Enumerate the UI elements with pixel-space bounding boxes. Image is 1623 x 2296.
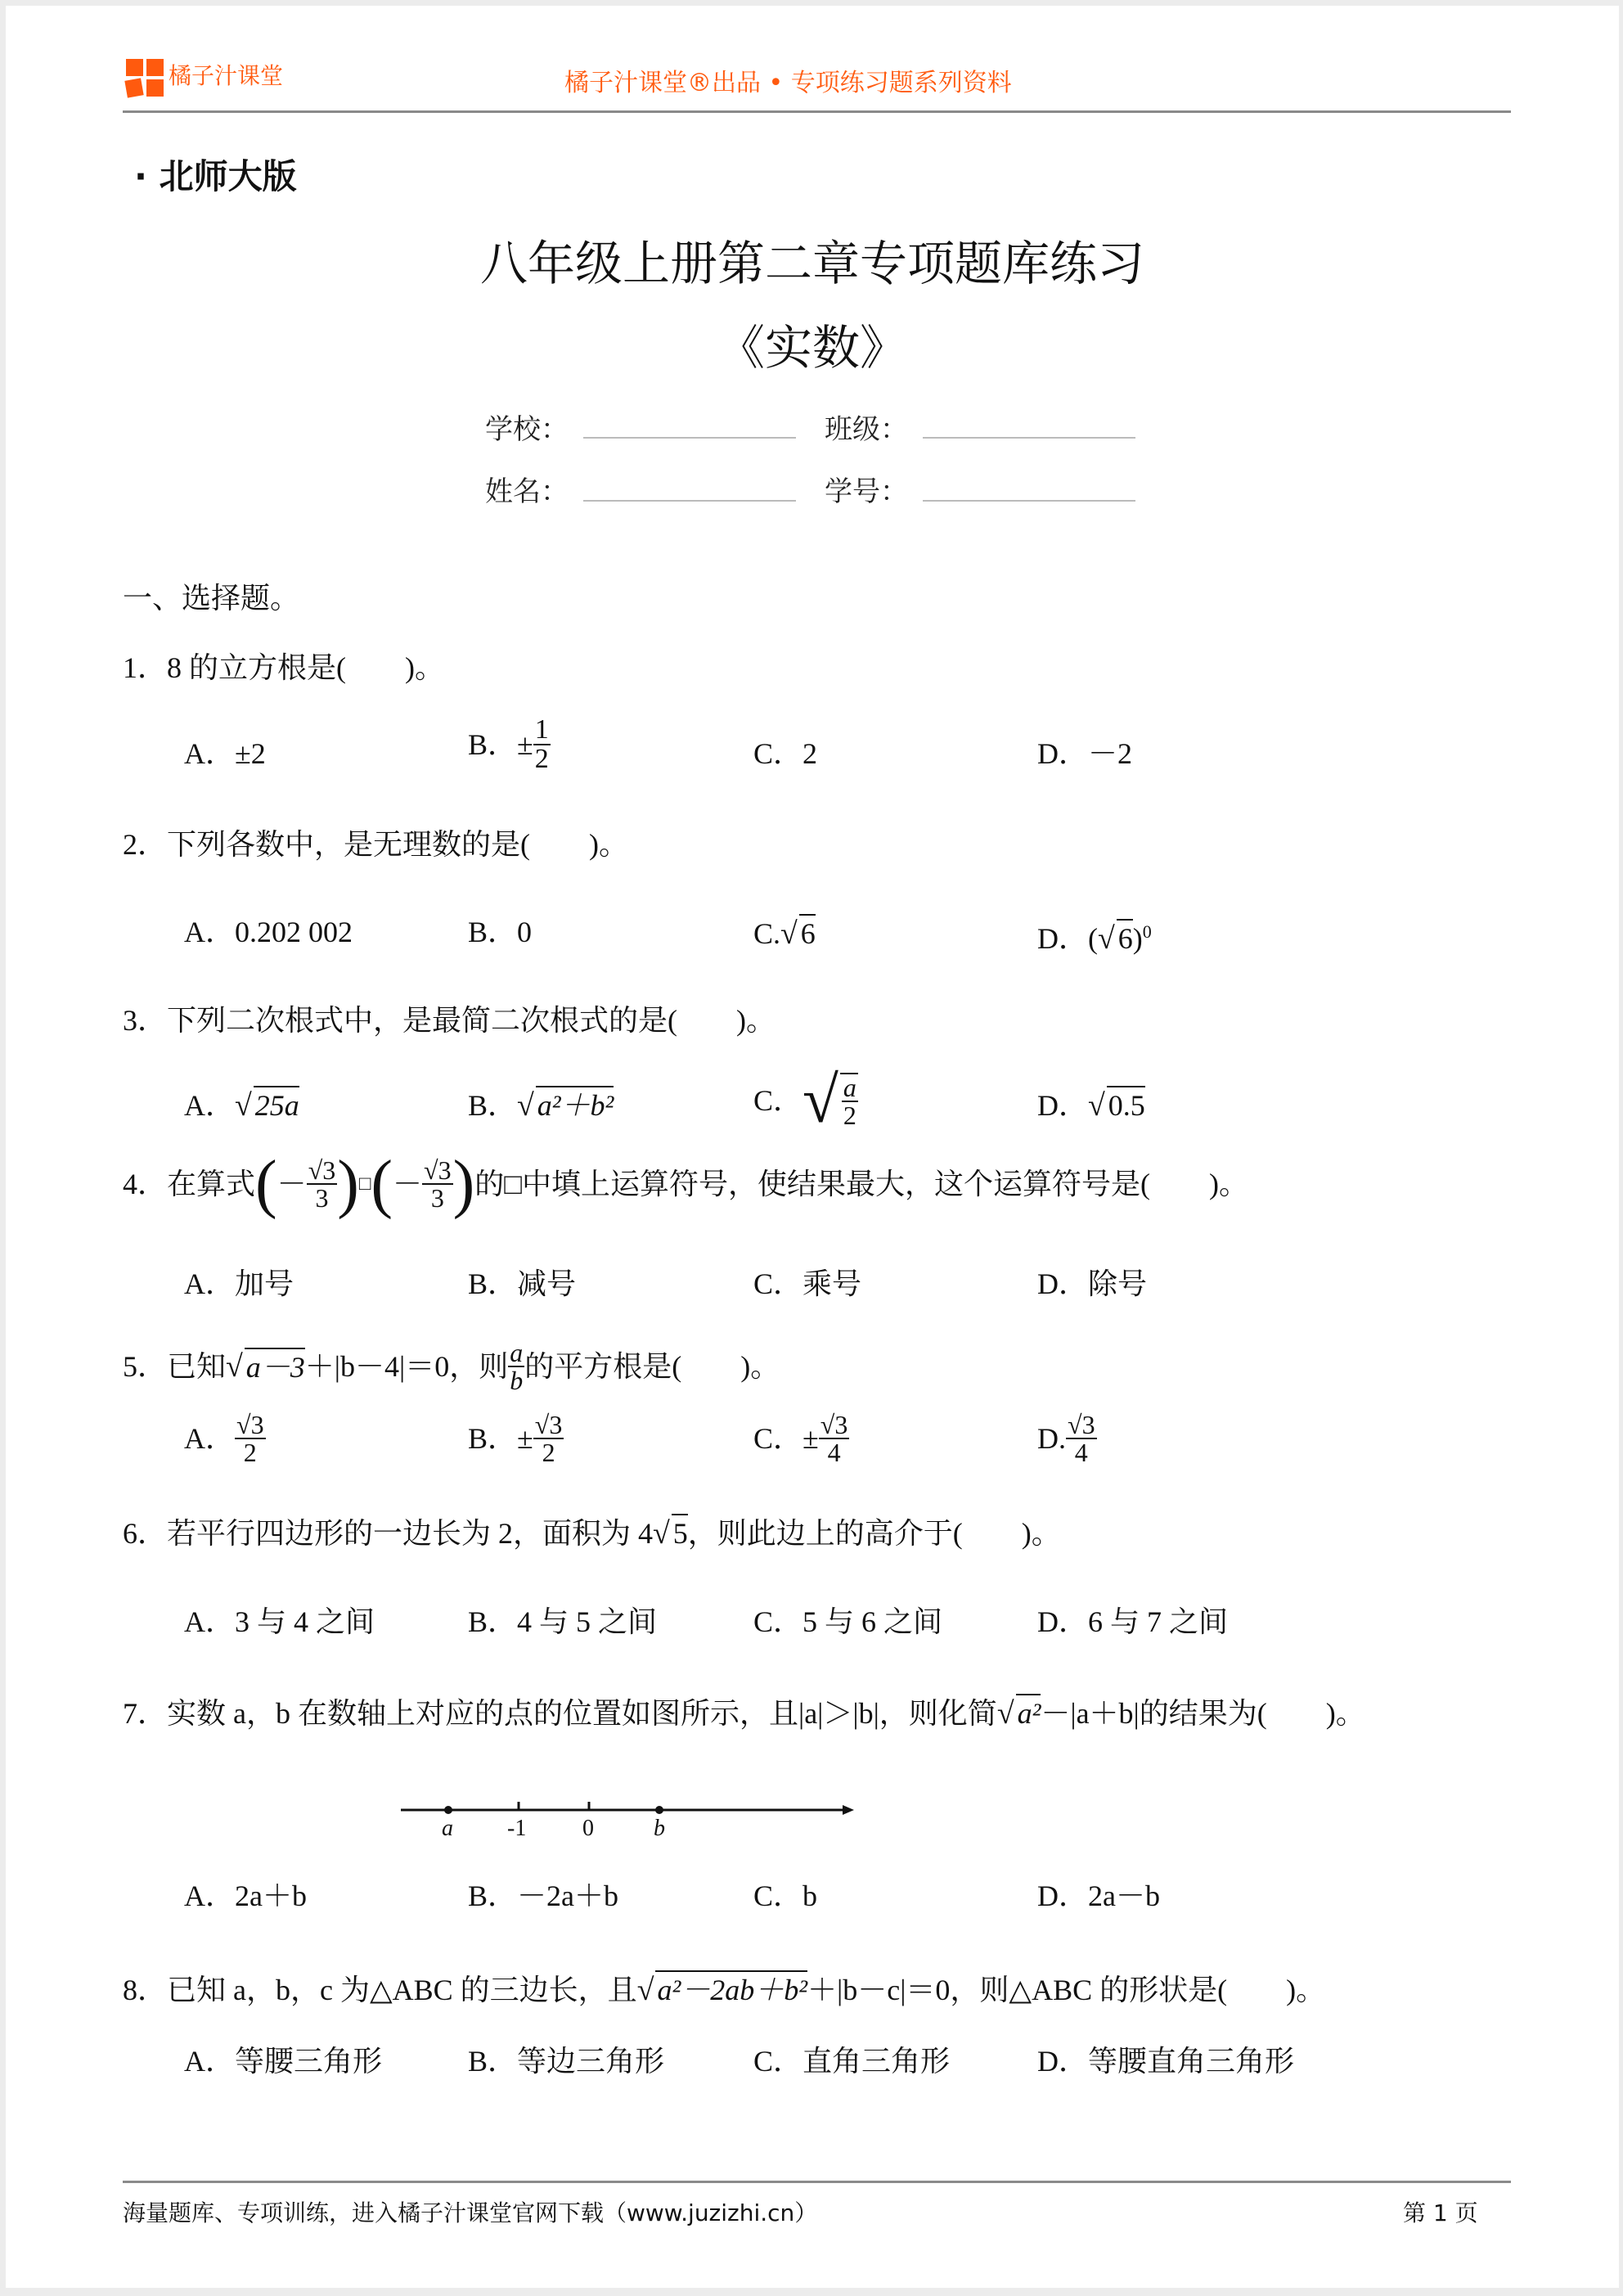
fraction: √33 (307, 1157, 338, 1211)
q1-option-a[interactable]: A．±2 (184, 736, 266, 772)
student-id-label: 学号： (825, 469, 908, 509)
q1-option-b[interactable]: B．±12 (468, 716, 551, 773)
q2-option-a[interactable]: A．0.202 002 (184, 914, 353, 950)
q3-option-a[interactable]: A．√25a (184, 1086, 299, 1123)
header-tagline: 橘子汁课堂®出品 • 专项练习题系列资料 (564, 68, 1012, 99)
question-1: 1．8 的立方根是( )。 (123, 650, 444, 686)
page-number: 第 1 页 (1403, 2199, 1478, 2228)
q5-option-c[interactable]: C．±√34 (753, 1411, 849, 1465)
sqrt-icon: √ (1098, 921, 1115, 956)
question-stem: 在算式 (167, 1168, 255, 1200)
fraction: a2 (840, 1073, 858, 1128)
question-8: 8．已知 a，b，c 为△ABC 的三边长，且√a²－2ab＋b²＋|b－c|＝… (123, 1970, 1325, 2008)
question-number: 3． (123, 1004, 167, 1037)
q4-option-d[interactable]: D．除号 (1037, 1266, 1147, 1302)
footer-text: 海量题库、专项训练，进入橘子汁课堂官网下载（www.juzizhi.cn） (123, 2199, 817, 2228)
q6-option-d[interactable]: D．6 与 7 之间 (1037, 1604, 1228, 1640)
q7-option-a[interactable]: A．2a＋b (184, 1878, 307, 1914)
sqrt-icon: √ (235, 1088, 252, 1123)
number-line-icon (394, 1788, 861, 1845)
sqrt-icon: √ (803, 1065, 838, 1137)
q2-option-d[interactable]: D．(√6)0 (1037, 914, 1152, 957)
q3-option-c[interactable]: C．√a2 (753, 1068, 858, 1133)
question-stem: 下列二次根式中，是最简二次根式的是( )。 (167, 1004, 776, 1037)
option-label: B．± (468, 728, 533, 761)
fraction: ab (508, 1339, 524, 1393)
q1-option-d[interactable]: D．－2 (1037, 736, 1132, 772)
question-3: 3．下列二次根式中，是最简二次根式的是( )。 (123, 1002, 776, 1038)
sqrt-icon: √ (1088, 1088, 1105, 1123)
q7-option-c[interactable]: C．b (753, 1878, 817, 1914)
q2-option-b[interactable]: B．0 (468, 914, 532, 950)
fraction: 12 (533, 716, 551, 773)
class-input[interactable] (923, 437, 1135, 439)
q8-option-d[interactable]: D．等腰直角三角形 (1037, 2043, 1294, 2079)
q5-option-a[interactable]: A．√32 (184, 1411, 266, 1465)
sqrt-icon: √ (653, 1516, 670, 1551)
q7-option-b[interactable]: B．－2a＋b (468, 1878, 618, 1914)
q3-option-b[interactable]: B．√a²＋b² (468, 1086, 614, 1123)
footer-divider (123, 2181, 1511, 2183)
number-line-label-a: a (442, 1816, 453, 1842)
document-page: 橘子汁课堂 橘子汁课堂®出品 • 专项练习题系列资料 · 北师大版 八年级上册第… (6, 6, 1619, 2288)
number-line-label-0: 0 (582, 1816, 594, 1842)
question-7: 7．实数 a，b 在数轴上对应的点的位置如图所示，且|a|＞|b|，则化简√a²… (123, 1694, 1365, 1731)
q6-option-c[interactable]: C．5 与 6 之间 (753, 1604, 942, 1640)
q2-option-c[interactable]: C.√6 (753, 914, 816, 952)
sqrt-icon: √ (780, 916, 798, 951)
q8-option-a[interactable]: A．等腰三角形 (184, 2043, 382, 2079)
student-id-input[interactable] (923, 500, 1135, 502)
q4-option-a[interactable]: A．加号 (184, 1266, 294, 1302)
sqrt-icon: √ (637, 1973, 654, 2007)
name-label: 姓名： (485, 469, 569, 509)
question-4: 4．在算式(－√33)□(－√33)的□中填上运算符号，使结果最大，这个运算符号… (123, 1151, 1248, 1217)
logo-text: 橘子汁课堂 (169, 61, 283, 91)
logo-square-icon (146, 79, 164, 97)
school-label: 学校： (485, 407, 569, 447)
q7-option-d[interactable]: D．2a－b (1037, 1878, 1160, 1914)
question-number: 1． (123, 651, 167, 684)
question-2: 2．下列各数中，是无理数的是( )。 (123, 826, 628, 862)
question-stem: 下列各数中，是无理数的是( )。 (167, 828, 628, 861)
question-5: 5．已知√a－3＋|b－4|＝0，则ab的平方根是( )。 (123, 1339, 780, 1393)
q5-option-b[interactable]: B．±√32 (468, 1411, 564, 1465)
fraction: √33 (422, 1157, 453, 1211)
number-line-label-neg1: -1 (507, 1816, 526, 1842)
q4-option-b[interactable]: B．减号 (468, 1266, 576, 1302)
q1-option-c[interactable]: C．2 (753, 736, 817, 772)
name-input[interactable] (583, 500, 796, 502)
number-line-label-b: b (654, 1816, 665, 1842)
question-number: 2． (123, 828, 167, 861)
question-6: 6．若平行四边形的一边长为 2，面积为 4√5，则此边上的高介于( )。 (123, 1514, 1061, 1551)
header-divider (123, 110, 1511, 113)
logo-square-icon (126, 59, 143, 76)
q5-option-d[interactable]: D.√34 (1037, 1411, 1097, 1465)
school-input[interactable] (583, 437, 796, 439)
page-subtitle: 《实数》 (6, 321, 1619, 375)
sqrt-icon: √ (517, 1088, 534, 1123)
logo-square-icon (146, 59, 164, 76)
logo-square-icon (124, 78, 143, 97)
q6-option-a[interactable]: A．3 与 4 之间 (184, 1604, 375, 1640)
q8-option-b[interactable]: B．等边三角形 (468, 2043, 664, 2079)
sqrt-icon: √ (997, 1696, 1014, 1731)
sqrt-icon: √ (226, 1349, 243, 1384)
q8-option-c[interactable]: C．直角三角形 (753, 2043, 950, 2079)
page-title: 八年级上册第二章专项题库练习 (6, 236, 1619, 290)
class-label: 班级： (825, 407, 908, 447)
q4-option-c[interactable]: C．乘号 (753, 1266, 861, 1302)
question-number: 4． (123, 1168, 167, 1200)
edition-label: · 北师大版 (134, 155, 297, 198)
question-stem: 8 的立方根是( )。 (167, 651, 444, 684)
section-heading: 一、选择题。 (123, 581, 299, 617)
q3-option-d[interactable]: D．√0.5 (1037, 1086, 1145, 1123)
number-line-figure: a -1 0 b (394, 1788, 861, 1845)
q6-option-b[interactable]: B．4 与 5 之间 (468, 1604, 657, 1640)
